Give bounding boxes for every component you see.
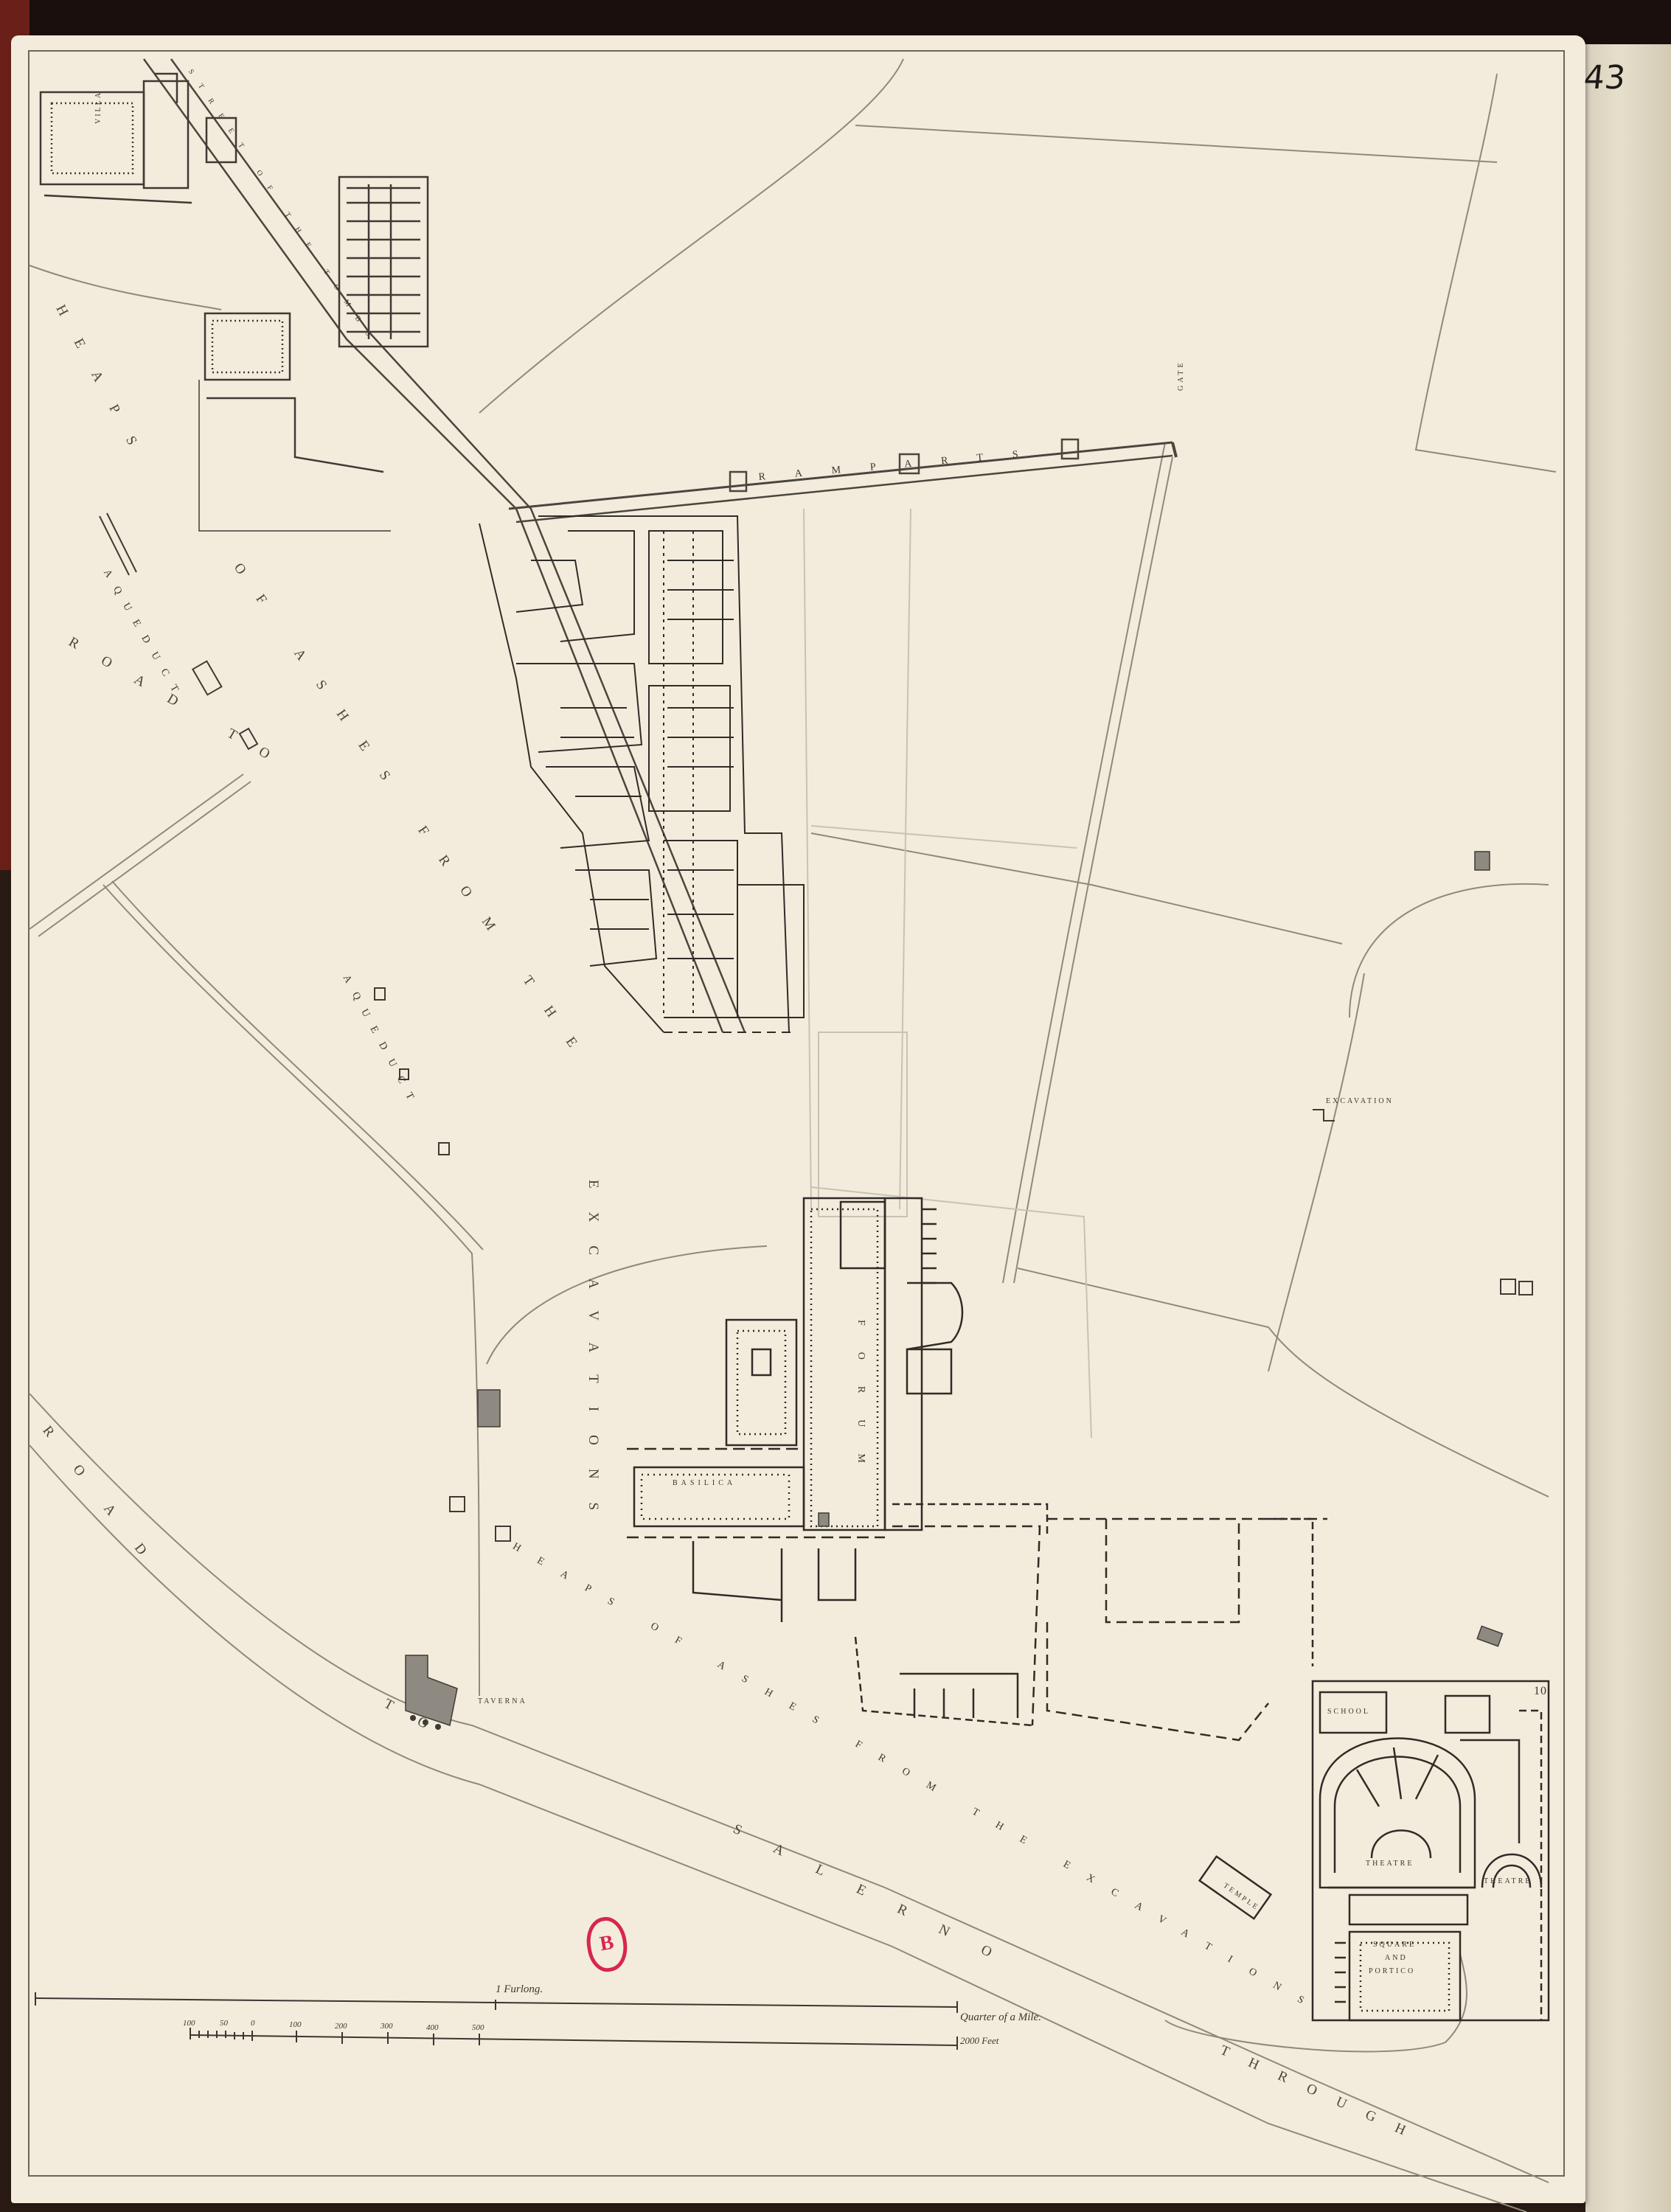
scale-tick: 100 xyxy=(183,2019,195,2028)
scale-tick: 500 xyxy=(472,2023,484,2032)
scale-furlong-label: 1 Furlong. xyxy=(496,1983,543,1996)
scale-tick: 100 xyxy=(289,2020,302,2029)
map-page: VILLA STREET OF THE TOMBS RAMPARTS GATE … xyxy=(0,0,1671,2212)
scale-bar xyxy=(0,0,1671,2212)
scale-tick: 50 xyxy=(220,2019,228,2028)
scale-feet-label: 2000 Feet xyxy=(960,2035,998,2047)
scale-tick: 300 xyxy=(381,2022,393,2031)
scale-quarter-mile-label: Quarter of a Mile. xyxy=(960,2011,1041,2024)
page-number: 43 xyxy=(1582,59,1627,97)
scale-tick: 200 xyxy=(335,2022,347,2031)
scale-tick: 400 xyxy=(426,2023,439,2032)
scale-tick: 0 xyxy=(251,2019,255,2028)
